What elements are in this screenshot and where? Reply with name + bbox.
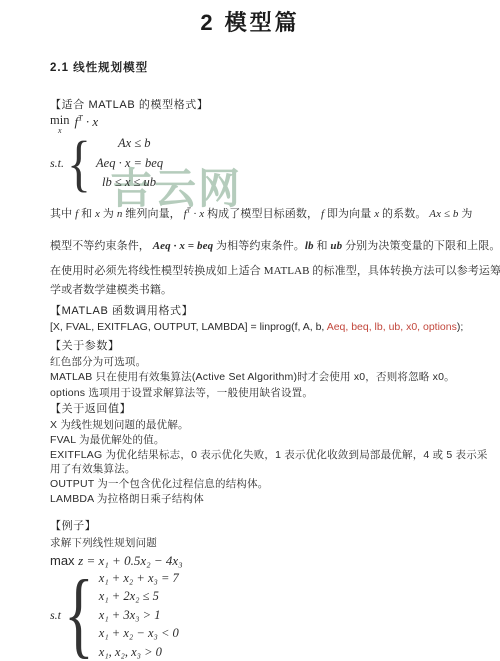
param-note-line: 红色部分为可选项。 — [50, 354, 146, 369]
constraint-line: lb ≤ x ≤ ub — [96, 173, 163, 193]
return-note-line: LAMBDA 为拉格朗日乘子结构体 — [50, 491, 204, 506]
returns-heading: 【关于返回值】 — [50, 400, 131, 416]
page-title: 2 模型篇 — [0, 6, 500, 37]
code-required-part: [X, FVAL, EXITFLAG, OUTPUT, LAMBDA] = li… — [50, 321, 327, 333]
constraint-lines: x₁ + x₂ + x₃ = 7 x₁ + 2x₂ ≤ 5 x₁ + 3x₃ >… — [99, 569, 179, 661]
param-note-line: MATLAB 只在使用有效集算法(Active Set Algorithm)时才… — [50, 369, 455, 384]
description-paragraph-3: 在使用时必须先将线性模型转换成如上适合 MATLAB 的标准型，具体转换方法可以… — [50, 262, 500, 278]
constraint-line: x₁ + 2x₂ ≤ 5 — [99, 587, 179, 605]
model-format-heading: 【适合 MATLAB 的模型格式】 — [50, 96, 209, 112]
description-paragraph-4: 学或者数学建模类书籍。 — [50, 281, 172, 297]
code-line: [X, FVAL, EXITFLAG, OUTPUT, LAMBDA] = li… — [50, 321, 463, 333]
return-note-line: FVAL 为最优解处的值。 — [50, 432, 165, 447]
description-paragraph-1: 其中 f 和 x 为 n 维列向量， fT · x 构成了模型目标函数， f 即… — [50, 205, 473, 221]
constraint-lines: Ax ≤ b Aeq · x = beq lb ≤ x ≤ ub — [96, 134, 163, 193]
code-optional-args: Aeq, beq, lb, ub, x0, options — [327, 321, 457, 333]
params-heading: 【关于参数】 — [50, 337, 120, 353]
constraint-line: x₁ + x₂ + x₃ = 7 — [99, 569, 179, 587]
return-note-line: EXITFLAG 为优化结果标志，0 表示优化失败，1 表示优化收敛到局部最优解… — [50, 447, 488, 462]
return-note-line: OUTPUT 为一个包含优化过程信息的结构体。 — [50, 476, 269, 491]
left-brace: { — [64, 578, 94, 653]
document-page: 吉云网 2 模型篇 2.1 线性规划模型 【适合 MATLAB 的模型格式】 m… — [0, 0, 500, 661]
example-heading: 【例子】 — [50, 517, 96, 533]
param-note-line: options 选项用于设置求解算法等，一般使用缺省设置。 — [50, 385, 313, 400]
constraint-line: Ax ≤ b — [96, 134, 163, 154]
constraint-line: x₁ + 3x₃ > 1 — [99, 606, 179, 624]
constraint-line: x₁, x₂, x₃ > 0 — [99, 643, 179, 661]
return-note-line: X 为线性规划问题的最优解。 — [50, 417, 189, 432]
constraint-system: s.t. { Ax ≤ b Aeq · x = beq lb ≤ x ≤ ub — [50, 134, 163, 193]
model-format-formula: min x fT · x s.t. { Ax ≤ b Aeq · x = beq… — [50, 114, 163, 193]
code-tail: ); — [457, 321, 463, 333]
st-label: s.t — [50, 608, 61, 623]
constraint-line: x₁ + x₂ − x₃ < 0 — [99, 624, 179, 642]
section-heading: 2.1 线性规划模型 — [50, 59, 148, 75]
example-constraint-system: s.t { x₁ + x₂ + x₃ = 7 x₁ + 2x₂ ≤ 5 x₁ +… — [50, 569, 179, 661]
st-label: s.t. — [50, 156, 64, 171]
left-brace: { — [67, 139, 91, 188]
return-note-line: 用了有效集算法。 — [50, 461, 136, 476]
min-subscript: x — [58, 127, 62, 134]
description-paragraph-2: 模型不等约束条件， Aeq · x = beq 为相等约束条件。lb 和 ub … — [50, 237, 500, 253]
constraint-line: Aeq · x = beq — [96, 154, 163, 174]
call-format-heading: 【MATLAB 函数调用格式】 — [50, 302, 193, 318]
example-intro: 求解下列线性规划问题 — [50, 535, 157, 550]
